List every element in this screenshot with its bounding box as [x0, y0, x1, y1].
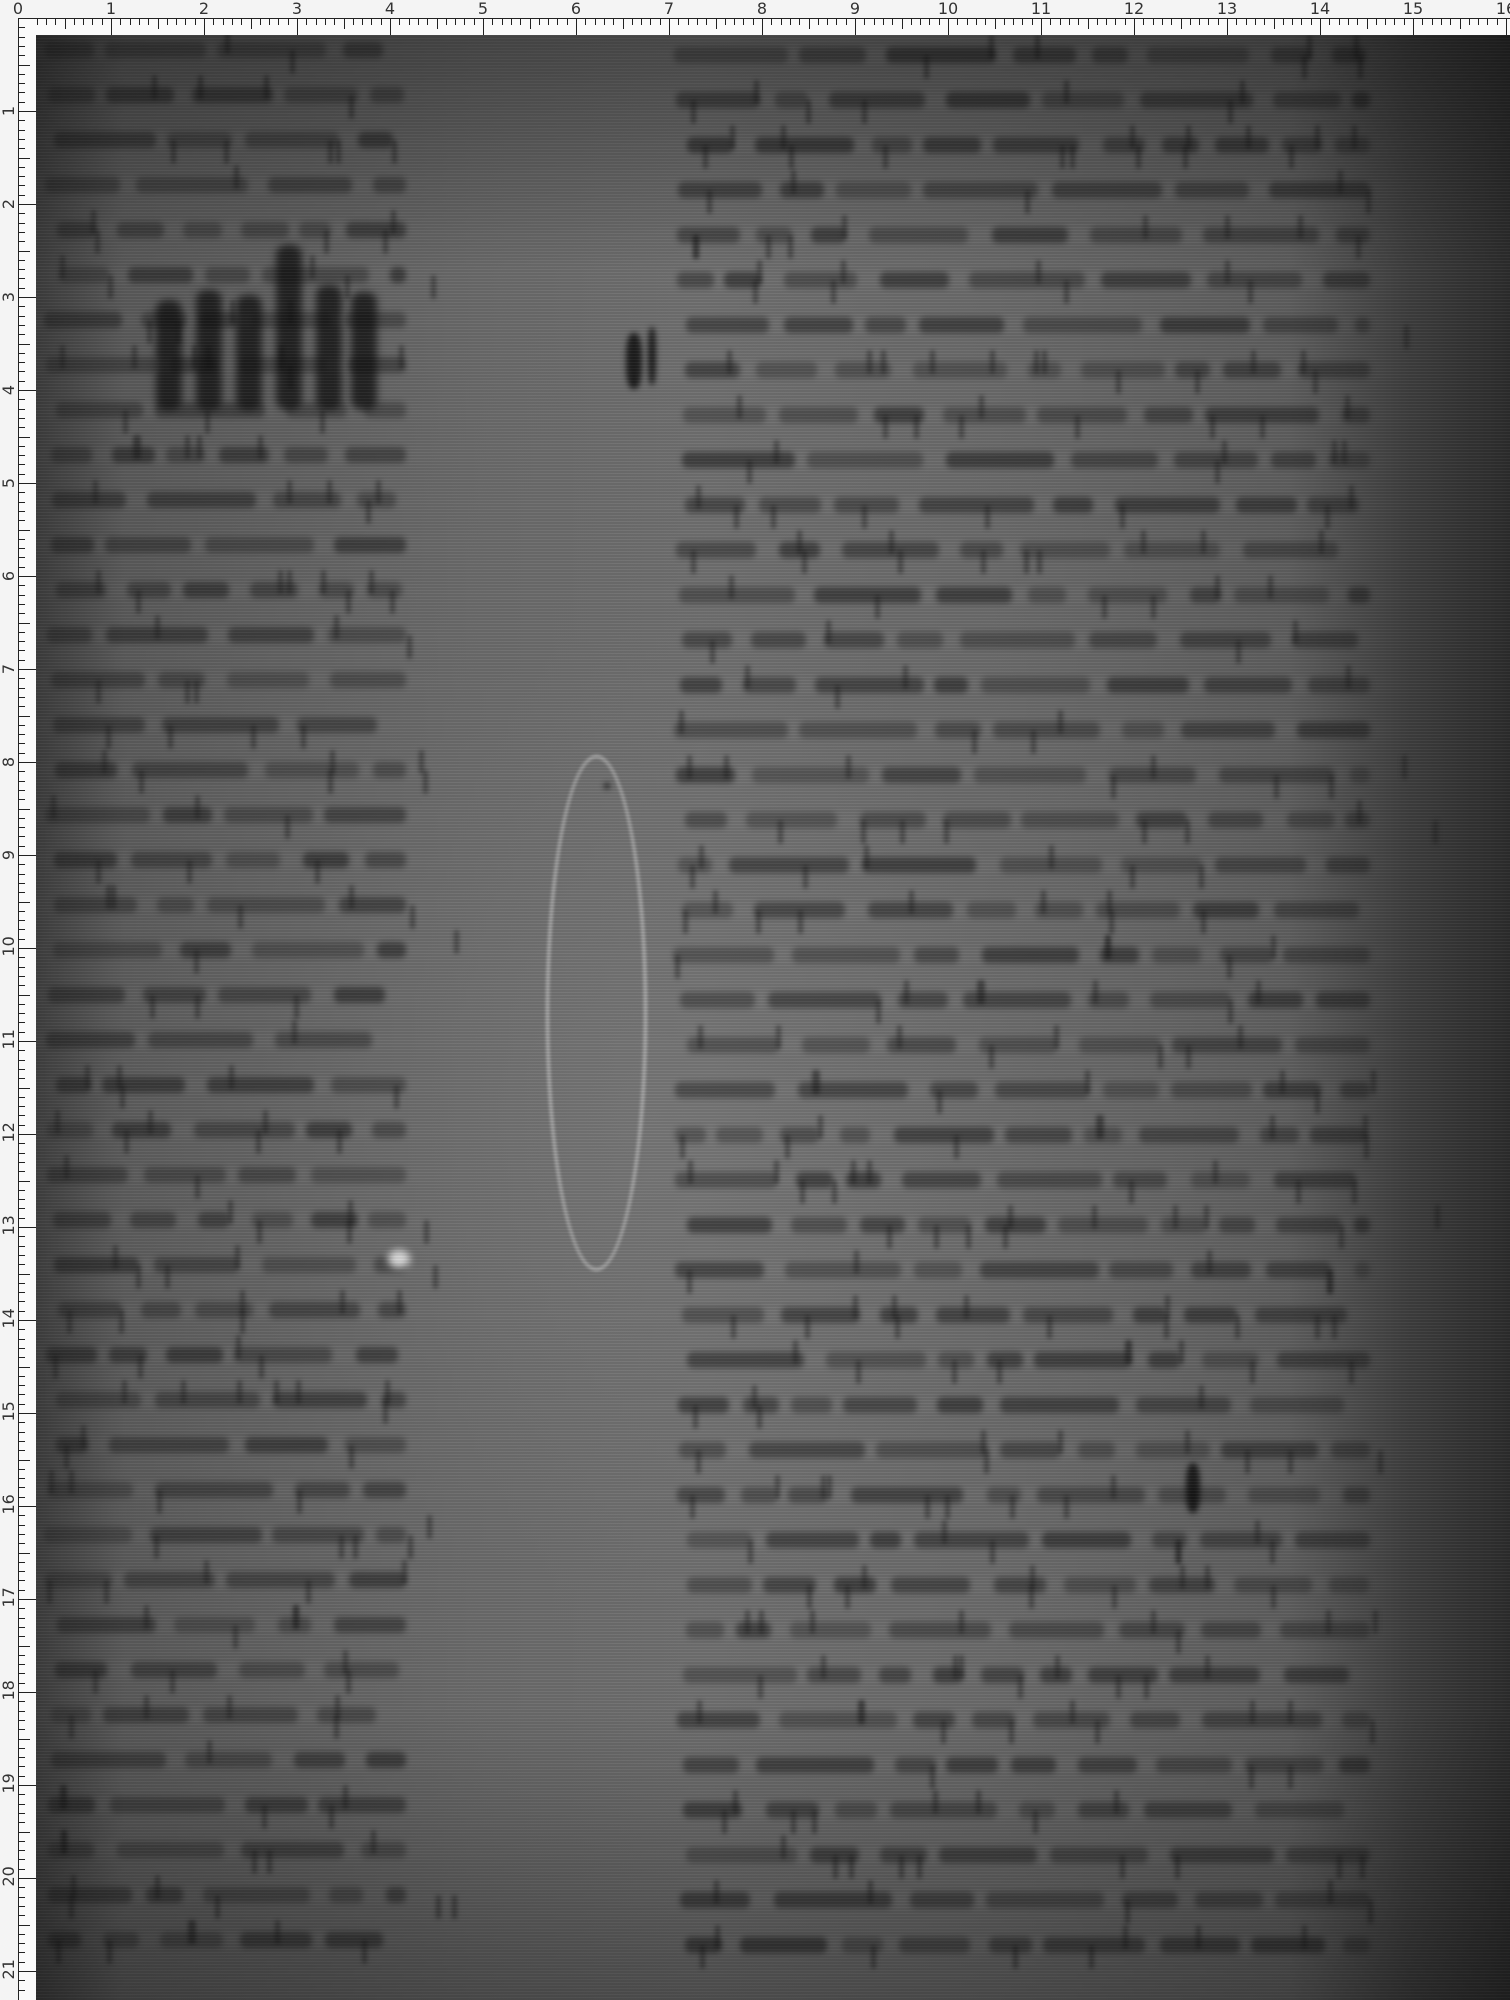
ruler-label: 4 [0, 382, 17, 399]
ruler-tick [1450, 19, 1451, 25]
ruler-tick [19, 613, 25, 614]
ruler-tick [19, 1720, 25, 1721]
ruler-tick [19, 762, 36, 763]
ruler-tick [19, 1543, 25, 1544]
ruler-tick [995, 19, 996, 29]
ruler-tick [19, 957, 25, 958]
ruler-label: 6 [571, 0, 581, 17]
ruler-tick [19, 632, 25, 633]
text-line [665, 665, 1375, 709]
ruler-tick [1227, 19, 1228, 35]
ruler-tick [19, 1580, 25, 1581]
ruler-tick [46, 19, 47, 25]
text-line [36, 75, 411, 119]
text-line [665, 1340, 1375, 1384]
ruler-tick [1171, 19, 1172, 25]
ruler-tick [19, 325, 25, 326]
ruler-tick [19, 502, 25, 503]
ruler-label: 12 [1124, 0, 1144, 17]
ruler-tick [19, 846, 25, 847]
ruler-tick [19, 557, 25, 558]
ruler-tick [19, 139, 25, 140]
ruler-tick [19, 883, 25, 884]
bright-spot [388, 1250, 410, 1268]
text-line [665, 845, 1375, 889]
ruler-tick [1088, 19, 1089, 29]
ruler-tick [19, 1990, 25, 1991]
text-line [665, 1880, 1375, 1924]
ruler-tick [19, 1171, 25, 1172]
ruler-tick [19, 158, 30, 159]
text-line [36, 1605, 411, 1649]
ruler-tick [446, 19, 447, 25]
ruler-tick [19, 948, 36, 949]
ruler-label: 20 [0, 1870, 17, 1887]
ruler-tick [19, 492, 25, 493]
ruler-tick [19, 530, 30, 531]
ruler-tick [19, 641, 25, 642]
ruler-tick [19, 604, 25, 605]
ruler-tick [1301, 19, 1302, 25]
ruler-tick [353, 19, 354, 25]
ruler-label: 7 [0, 661, 17, 678]
ruler-label: 21 [0, 1963, 17, 1980]
text-line [665, 755, 1375, 799]
ruler-tick [19, 1301, 25, 1302]
ruler-tick [585, 19, 586, 25]
ruler-tick [19, 1097, 25, 1098]
ruler-tick [19, 1283, 25, 1284]
text-line [36, 1020, 411, 1064]
ruler-tick [195, 19, 196, 25]
ruler-tick [19, 1060, 25, 1061]
ruler-tick [19, 1413, 36, 1414]
ruler-tick [19, 362, 25, 363]
text-line [665, 620, 1375, 664]
ruler-tick [1487, 19, 1488, 25]
ruler-tick [19, 1246, 25, 1247]
text-line [665, 485, 1375, 529]
ruler-label: 3 [292, 0, 302, 17]
ruler-tick [19, 409, 25, 410]
ruler-label: 19 [0, 1777, 17, 1794]
ruler-tick [19, 1376, 25, 1377]
ruler-tick [1106, 19, 1107, 25]
ruler-tick [19, 1311, 25, 1312]
ruler-tick [19, 455, 25, 456]
ruler-tick [19, 1952, 25, 1953]
ruler-tick [520, 19, 521, 25]
text-line [665, 80, 1375, 124]
ruler-tick [19, 1367, 30, 1368]
ruler-tick [567, 19, 568, 25]
ruler-tick [939, 19, 940, 25]
ruler-tick [19, 1385, 25, 1386]
ruler-tick [19, 46, 25, 47]
ruler-tick [19, 483, 36, 484]
ruler-tick [19, 753, 25, 754]
ruler-tick [19, 716, 30, 717]
ruler-tick [19, 1590, 25, 1591]
text-line [36, 525, 411, 569]
ruler-tick [1394, 19, 1395, 25]
ruler-tick [1013, 19, 1014, 25]
ruler-tick [19, 576, 36, 577]
ruler-tick [19, 18, 36, 19]
ruler-tick [19, 790, 25, 791]
ruler-tick [19, 1478, 25, 1479]
ruler-tick [19, 771, 25, 772]
text-line [665, 1160, 1375, 1204]
ruler-tick [19, 660, 25, 661]
text-line [665, 1610, 1375, 1654]
ruler-tick [278, 19, 279, 25]
ruler-label: 2 [0, 196, 17, 213]
ruler-tick [19, 1050, 25, 1051]
ruler-tick [19, 195, 25, 196]
text-line [36, 1380, 411, 1424]
text-line [36, 840, 411, 884]
ruler-tick [19, 1618, 25, 1619]
ruler-tick [306, 19, 307, 25]
text-line [36, 1650, 411, 1694]
ruler-tick [19, 864, 25, 865]
ruler-tick [316, 19, 317, 25]
text-line [665, 35, 1375, 79]
ruler-tick [492, 19, 493, 25]
text-line [36, 885, 411, 929]
ruler-tick [19, 111, 36, 112]
ruler-tick [19, 1646, 30, 1647]
ruler-tick [19, 37, 25, 38]
white-loop-mark [546, 755, 647, 1271]
ruler-tick [1264, 19, 1265, 25]
ruler-tick [19, 1134, 36, 1135]
ruler-tick [1032, 19, 1033, 25]
ruler-tick [19, 1274, 30, 1275]
ruler-tick [623, 19, 624, 29]
ruler-tick [1041, 19, 1042, 35]
ruler-tick [19, 669, 36, 670]
text-line [665, 305, 1375, 349]
ruler-tick [19, 995, 30, 996]
ruler-tick [19, 1450, 25, 1451]
text-line [36, 435, 411, 479]
ruler-tick [19, 1078, 25, 1079]
text-line [665, 1115, 1375, 1159]
ruler-tick [781, 19, 782, 25]
ruler-tick [19, 743, 25, 744]
ruler-tick [130, 19, 131, 25]
ruler-tick [19, 1227, 36, 1228]
ruler-tick [595, 19, 596, 25]
ruler-tick [883, 19, 884, 25]
ruler-tick [892, 19, 893, 25]
ruler-tick [19, 976, 25, 977]
ruler-tick [74, 19, 75, 25]
ruler-label: 10 [0, 940, 17, 957]
ruler-tick [19, 297, 36, 298]
ruler-tick [158, 19, 159, 29]
ruler-tick [19, 1850, 25, 1851]
ruler-tick [19, 1906, 25, 1907]
text-line [665, 1835, 1375, 1879]
text-line [665, 575, 1375, 619]
ruler-tick [455, 19, 456, 25]
ruler-label: 1 [0, 103, 17, 120]
ruler-tick [418, 19, 419, 25]
ruler-tick [19, 1962, 25, 1963]
ruler-tick [19, 418, 25, 419]
text-line [36, 1875, 411, 1919]
text-line [36, 1920, 411, 1964]
ruler-tick [19, 809, 30, 810]
ruler-label: 12 [0, 1126, 17, 1143]
ruler-tick [19, 1701, 25, 1702]
ruler-tick [19, 1599, 36, 1600]
ruler-tick [19, 390, 36, 391]
text-line [36, 1065, 411, 1109]
ruler-label: 5 [0, 475, 17, 492]
ruler-tick [1004, 19, 1005, 25]
ruler-tick [19, 213, 25, 214]
ruler-tick [1078, 19, 1079, 25]
ruler-tick [19, 1748, 25, 1749]
ruler-label: 15 [0, 1405, 17, 1422]
ruler-tick [985, 19, 986, 25]
ruler-tick [19, 799, 25, 800]
ruler-tick [19, 595, 25, 596]
ruler-tick [19, 985, 25, 986]
ink-mark [648, 327, 656, 385]
ruler-tick [948, 19, 949, 35]
ruler-tick [19, 818, 25, 819]
ruler-tick [464, 19, 465, 25]
ruler-tick [19, 939, 25, 940]
ruler-tick [19, 1878, 36, 1879]
text-line [665, 440, 1375, 484]
ruler-tick [19, 1441, 25, 1442]
ruler-label: 14 [1310, 0, 1330, 17]
ruler-tick [19, 1711, 25, 1712]
ruler-tick [19, 1925, 30, 1926]
text-line [665, 1475, 1375, 1519]
ruler-tick [19, 232, 25, 233]
text-line [36, 1200, 411, 1244]
ruler-tick [483, 19, 484, 35]
ruler-label: 15 [1403, 0, 1423, 17]
ruler-tick [19, 1497, 25, 1498]
ruler-tick [19, 1832, 30, 1833]
ruler-tick [409, 19, 410, 25]
ruler-tick [1218, 19, 1219, 25]
ruler-tick [660, 19, 661, 25]
ruler-tick [288, 19, 289, 25]
ruler-tick [297, 19, 298, 35]
ruler-tick [1060, 19, 1061, 25]
ruler-tick [502, 19, 503, 25]
ruler-tick [790, 19, 791, 25]
ruler-tick [818, 19, 819, 25]
ruler-label: 17 [0, 1591, 17, 1608]
ruler-tick [19, 1729, 25, 1730]
ruler-tick [362, 19, 363, 25]
ruler-tick [19, 464, 25, 465]
ruler-tick [19, 1394, 25, 1395]
ruler-tick [846, 19, 847, 25]
text-line [665, 1070, 1375, 1114]
ruler-tick [19, 1571, 25, 1572]
ruler-tick [19, 929, 25, 930]
ruler-tick [19, 1190, 25, 1191]
ruler-label: 4 [385, 0, 395, 17]
ruler-tick [19, 278, 25, 279]
ruler-tick [19, 911, 25, 912]
ruler-tick [19, 1106, 25, 1107]
text-line [36, 120, 411, 164]
text-line [665, 1025, 1375, 1069]
text-line [36, 1290, 411, 1334]
ruler-tick [19, 1692, 36, 1693]
text-line [36, 1110, 411, 1154]
ruler-tick [762, 19, 763, 35]
ruler-tick [19, 1859, 25, 1860]
ruler-tick [19, 27, 25, 28]
ruler-tick [19, 1915, 25, 1916]
ruler-tick [102, 19, 103, 25]
ruler-tick [716, 19, 717, 29]
ruler-label: 16 [0, 1498, 17, 1515]
ruler-tick [1199, 19, 1200, 25]
ruler-tick [19, 1348, 25, 1349]
text-line [36, 705, 411, 749]
ruler-tick [734, 19, 735, 25]
ruler-tick [864, 19, 865, 25]
ruler-tick [1432, 19, 1433, 25]
ruler-tick [176, 19, 177, 25]
ruler-tick [19, 1525, 25, 1526]
ruler-tick [19, 1162, 25, 1163]
ruler-tick [771, 19, 772, 25]
ruler-tick [19, 427, 25, 428]
ruler-tick [19, 176, 25, 177]
ruler-tick [19, 353, 25, 354]
ruler-tick [911, 19, 912, 25]
ruler-tick [827, 19, 828, 25]
ruler-tick [390, 19, 391, 35]
ruler-tick [120, 19, 121, 25]
ruler-tick [706, 19, 707, 25]
ruler-tick [19, 781, 25, 782]
ruler-tick [19, 1506, 36, 1507]
ruler-tick [19, 1422, 25, 1423]
ruler-label: 6 [0, 568, 17, 585]
ruler-tick [19, 474, 25, 475]
ruler-tick [269, 19, 270, 25]
ruler-tick [37, 19, 38, 25]
ruler-tick [19, 678, 25, 679]
ruler-tick [19, 1673, 25, 1674]
ruler-tick [19, 1553, 30, 1554]
ruler-tick [1311, 19, 1312, 25]
ruler-tick [19, 269, 25, 270]
ruler-tick [1339, 19, 1340, 25]
ruler-tick [836, 19, 837, 25]
ruler-tick [650, 19, 651, 25]
text-line [36, 165, 411, 209]
ruler-tick [19, 223, 25, 224]
ruler-tick [1506, 19, 1507, 35]
ruler-label: 10 [938, 0, 958, 17]
ruler-tick [19, 1562, 25, 1563]
text-line [665, 350, 1375, 394]
ruler-tick [19, 130, 25, 131]
text-line [36, 1425, 411, 1469]
ruler-tick [511, 19, 512, 25]
ruler-tick [19, 1404, 25, 1405]
text-line [36, 975, 411, 1019]
ruler-tick [19, 1794, 25, 1795]
ruler-tick [557, 19, 558, 25]
ruler-tick [19, 836, 25, 837]
ruler-tick [1329, 19, 1330, 25]
ruler-tick [743, 19, 744, 25]
ruler-tick [139, 19, 140, 25]
text-line [665, 1655, 1375, 1699]
ruler-label: 9 [850, 0, 860, 17]
ruler-tick [19, 120, 25, 121]
ruler-tick [19, 102, 25, 103]
ruler-tick [1292, 19, 1293, 25]
ruler-tick [613, 19, 614, 25]
text-line [665, 215, 1375, 259]
ruler-tick [83, 19, 84, 25]
ruler-tick [19, 1329, 25, 1330]
text-line [36, 1335, 411, 1379]
ruler-tick [688, 19, 689, 25]
ruler-tick [1134, 19, 1135, 35]
ruler-tick [19, 1004, 25, 1005]
ruler-label: 14 [0, 1312, 17, 1329]
ruler-tick [1246, 19, 1247, 25]
ruler-tick [19, 1339, 25, 1340]
ruler-tick [19, 827, 25, 828]
ruler-tick [19, 1255, 25, 1256]
ruler-tick [1283, 19, 1284, 25]
ruler-tick [19, 260, 25, 261]
ruler-tick [19, 855, 36, 856]
ruler-tick [1422, 19, 1423, 25]
text-line [665, 1565, 1375, 1609]
ruler-label: 11 [0, 1033, 17, 1050]
ruler-label: 13 [1217, 0, 1237, 17]
ruler-tick [19, 1869, 25, 1870]
ruler-tick [19, 623, 30, 624]
ruler-tick [1376, 19, 1377, 25]
ruler-tick [19, 1897, 25, 1898]
text-line [665, 395, 1375, 439]
ruler-tick [437, 19, 438, 29]
text-line [36, 615, 411, 659]
ruler-tick [530, 19, 531, 29]
ink-mark [1186, 1463, 1200, 1513]
ruler-tick [334, 19, 335, 25]
ruler-tick [19, 650, 25, 651]
ruler-tick [19, 1236, 25, 1237]
ruler-tick [19, 1766, 25, 1767]
ruler-tick [19, 1125, 25, 1126]
ruler-tick [19, 1469, 25, 1470]
